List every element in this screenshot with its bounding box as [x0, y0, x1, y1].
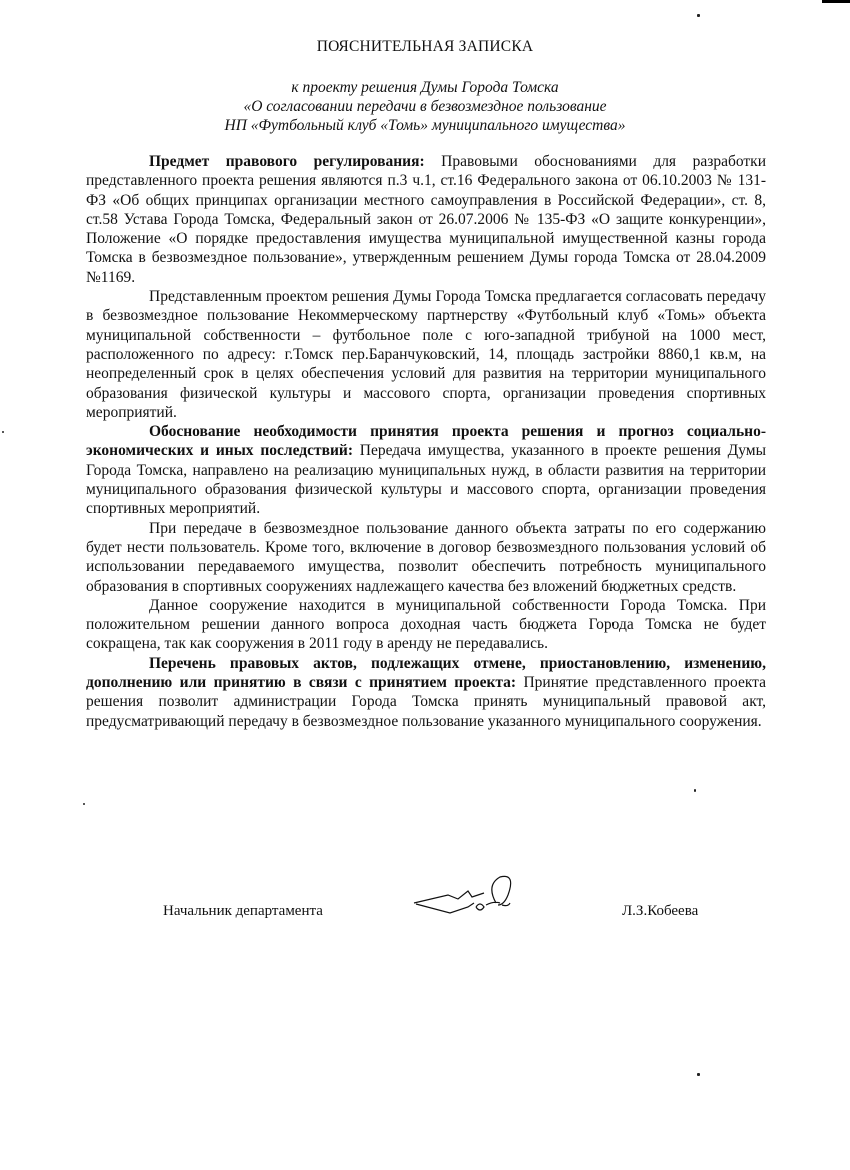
paragraph-proposal: Представленным проектом решения Думы Гор… — [86, 287, 766, 422]
paragraph-costs: При передаче в безвозмездное пользование… — [86, 519, 766, 596]
handwritten-signature-icon — [410, 873, 520, 918]
signature-block: Начальник департамента Л.З.Кобеева — [0, 903, 850, 933]
paragraph-heading: Предмет правового регулирования: — [149, 153, 425, 170]
document-title: ПОЯСНИТЕЛЬНАЯ ЗАПИСКА — [0, 38, 850, 56]
subtitle-line: НП «Футбольный клуб «Томь» муниципальног… — [0, 116, 850, 135]
paragraph-text: Данное сооружение находится в муниципаль… — [86, 597, 766, 653]
document-subtitle: к проекту решения Думы Города Томска «О … — [0, 78, 850, 135]
paragraph-text: Правовыми обоснованиями для разработки п… — [86, 153, 766, 286]
document-page: ПОЯСНИТЕЛЬНАЯ ЗАПИСКА к проекту решения … — [0, 0, 850, 1170]
signatory-role: Начальник департамента — [163, 903, 323, 920]
scan-speck — [694, 789, 696, 792]
scan-corner-mark — [822, 0, 850, 3]
scan-speck — [697, 1073, 700, 1076]
paragraph-justification: Обоснование необходимости принятия проек… — [86, 422, 766, 518]
scan-speck — [83, 803, 85, 805]
document-body: Предмет правового регулирования: Правовы… — [86, 152, 766, 731]
scan-speck — [697, 14, 700, 17]
paragraph-text: При передаче в безвозмездное пользование… — [86, 520, 766, 595]
paragraph-budget: Данное сооружение находится в муниципаль… — [86, 596, 766, 654]
paragraph-legal-basis: Предмет правового регулирования: Правовы… — [86, 152, 766, 287]
paragraph-text: Представленным проектом решения Думы Гор… — [86, 288, 766, 421]
signatory-name: Л.З.Кобеева — [622, 903, 698, 920]
subtitle-line: к проекту решения Думы Города Томска — [0, 78, 850, 97]
paragraph-legal-acts: Перечень правовых актов, подлежащих отме… — [86, 654, 766, 731]
subtitle-line: «О согласовании передачи в безвозмездное… — [0, 97, 850, 116]
scan-speck — [2, 431, 4, 433]
